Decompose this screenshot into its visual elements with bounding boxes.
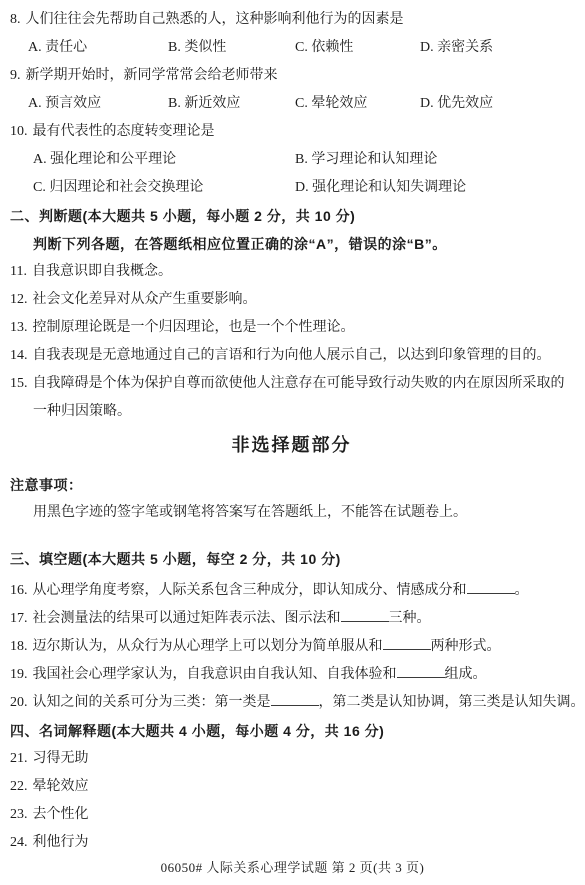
question-number: 12. — [10, 292, 28, 307]
option-a: A. 责任心 — [28, 34, 168, 62]
question-23: 23.去个性化 — [10, 801, 573, 829]
question-text: 去个性化 — [33, 807, 89, 822]
question-22: 22.晕轮效应 — [10, 773, 573, 801]
question-number: 24. — [10, 835, 28, 850]
question-text-pre: 迈尔斯认为，从众行为从心理学上可以划分为简单服从和 — [33, 639, 383, 654]
page-footer: 06050# 人际关系心理学试题 第 2 页(共 3 页) — [0, 860, 585, 876]
question-number: 13. — [10, 320, 28, 335]
question-15: 15.自我障碍是个体为保护自尊而欲使他人注意存在可能导致行动失败的内在原因所采取… — [10, 370, 573, 398]
question-10-options-row-1: A. 强化理论和公平理论 B. 学习理论和认知理论 — [10, 146, 573, 174]
option-b: B. 新近效应 — [168, 90, 295, 118]
question-number: 10. — [10, 124, 28, 139]
section-2-heading: 二、判断题(本大题共 5 小题，每小题 2 分，共 10 分) — [10, 202, 573, 230]
question-24: 24.利他行为 — [10, 829, 573, 857]
question-19: 19.我国社会心理学家认为，自我意识由自我认知、自我体验和组成。 — [10, 661, 573, 689]
question-10: 10.最有代表性的态度转变理论是 — [10, 118, 573, 146]
question-8: 8.人们往往会先帮助自己熟悉的人，这种影响利他行为的因素是 — [10, 6, 573, 34]
blank-underline — [271, 691, 319, 706]
question-number: 20. — [10, 695, 28, 710]
exam-page: 8.人们往往会先帮助自己熟悉的人，这种影响利他行为的因素是 A. 责任心 B. … — [0, 0, 585, 885]
question-text-pre: 从心理学角度考察，人际关系包含三种成分，即认知成分、情感成分和 — [33, 583, 467, 598]
question-number: 22. — [10, 779, 28, 794]
question-18: 18.迈尔斯认为，从众行为从心理学上可以划分为简单服从和两种形式。 — [10, 633, 573, 661]
option-c: C. 晕轮效应 — [295, 90, 420, 118]
question-text: 晕轮效应 — [33, 779, 89, 794]
option-a: A. 预言效应 — [28, 90, 168, 118]
question-13: 13.控制原理论既是一个归因理论，也是一个个性理论。 — [10, 314, 573, 342]
question-number: 17. — [10, 611, 28, 626]
blank-underline — [383, 635, 431, 650]
question-text-pre: 认知之间的关系可分为三类：第一类是 — [33, 695, 271, 710]
question-number: 11. — [10, 264, 27, 279]
question-number: 16. — [10, 583, 28, 598]
question-8-options: A. 责任心 B. 类似性 C. 依赖性 D. 亲密关系 — [10, 34, 573, 62]
question-number: 14. — [10, 348, 28, 363]
question-text: 利他行为 — [33, 835, 89, 850]
question-text: 自我表现是无意地通过自己的言语和行为向他人展示自己，以达到印象管理的目的。 — [33, 348, 551, 363]
question-text-post: 两种形式。 — [431, 639, 501, 654]
question-number: 18. — [10, 639, 28, 654]
question-9-options: A. 预言效应 B. 新近效应 C. 晕轮效应 D. 优先效应 — [10, 90, 573, 118]
question-text: 新学期开始时，新同学常常会给老师带来 — [26, 68, 278, 83]
question-17: 17.社会测量法的结果可以通过矩阵表示法、图示法和三种。 — [10, 605, 573, 633]
question-text: 自我障碍是个体为保护自尊而欲使他人注意存在可能导致行动失败的内在原因所采取的 — [33, 376, 565, 391]
question-10-options-row-2: C. 归因理论和社会交换理论 D. 强化理论和认知失调理论 — [10, 174, 573, 202]
option-c: C. 依赖性 — [295, 34, 420, 62]
question-text-post: 组成。 — [445, 667, 487, 682]
question-20: 20.认知之间的关系可分为三类：第一类是，第二类是认知协调，第三类是认知失调。 — [10, 689, 573, 717]
non-choice-section-title: 非选择题部分 — [10, 428, 573, 462]
option-d: D. 优先效应 — [420, 90, 573, 118]
section-4-heading: 四、名词解释题(本大题共 4 小题，每小题 4 分，共 16 分) — [10, 717, 573, 745]
question-text-post: 三种。 — [389, 611, 431, 626]
question-number: 9. — [10, 68, 21, 83]
question-text: 习得无助 — [33, 751, 89, 766]
option-c: C. 归因理论和社会交换理论 — [33, 174, 295, 202]
option-d: D. 强化理论和认知失调理论 — [295, 174, 573, 202]
blank-underline — [397, 663, 445, 678]
option-d: D. 亲密关系 — [420, 34, 573, 62]
option-b: B. 学习理论和认知理论 — [295, 146, 573, 174]
question-9: 9.新学期开始时，新同学常常会给老师带来 — [10, 62, 573, 90]
notice-label: 注意事项： — [10, 471, 573, 499]
question-text: 人们往往会先帮助自己熟悉的人，这种影响利他行为的因素是 — [26, 12, 404, 27]
question-number: 8. — [10, 12, 21, 27]
question-text-post: 。 — [515, 583, 529, 598]
notice-text: 用黑色字迹的签字笔或钢笔将答案写在答题纸上，不能答在试题卷上。 — [10, 499, 573, 527]
question-14: 14.自我表现是无意地通过自己的言语和行为向他人展示自己，以达到印象管理的目的。 — [10, 342, 573, 370]
question-16: 16.从心理学角度考察，人际关系包含三种成分，即认知成分、情感成分和。 — [10, 577, 573, 605]
blank-underline — [467, 579, 515, 594]
question-text: 自我意识即自我概念。 — [32, 264, 172, 279]
question-11: 11.自我意识即自我概念。 — [10, 258, 573, 286]
option-b: B. 类似性 — [168, 34, 295, 62]
section-2-instruction: 判断下列各题，在答题纸相应位置正确的涂“A”，错误的涂“B”。 — [10, 230, 573, 258]
question-text-post: ，第二类是认知协调，第三类是认知失调。 — [319, 695, 585, 710]
question-number: 21. — [10, 751, 28, 766]
question-text: 社会文化差异对从众产生重要影响。 — [33, 292, 257, 307]
question-text-pre: 社会测量法的结果可以通过矩阵表示法、图示法和 — [33, 611, 341, 626]
option-a: A. 强化理论和公平理论 — [33, 146, 295, 174]
question-21: 21.习得无助 — [10, 745, 573, 773]
question-15-continuation: 一种归因策略。 — [10, 398, 573, 426]
blank-underline — [341, 607, 389, 622]
question-text: 控制原理论既是一个归因理论，也是一个个性理论。 — [33, 320, 355, 335]
question-12: 12.社会文化差异对从众产生重要影响。 — [10, 286, 573, 314]
question-number: 19. — [10, 667, 28, 682]
section-3-heading: 三、填空题(本大题共 5 小题，每空 2 分，共 10 分) — [10, 545, 573, 573]
question-text: 最有代表性的态度转变理论是 — [33, 124, 215, 139]
question-number: 15. — [10, 376, 28, 391]
question-text-pre: 我国社会心理学家认为，自我意识由自我认知、自我体验和 — [33, 667, 397, 682]
question-number: 23. — [10, 807, 28, 822]
